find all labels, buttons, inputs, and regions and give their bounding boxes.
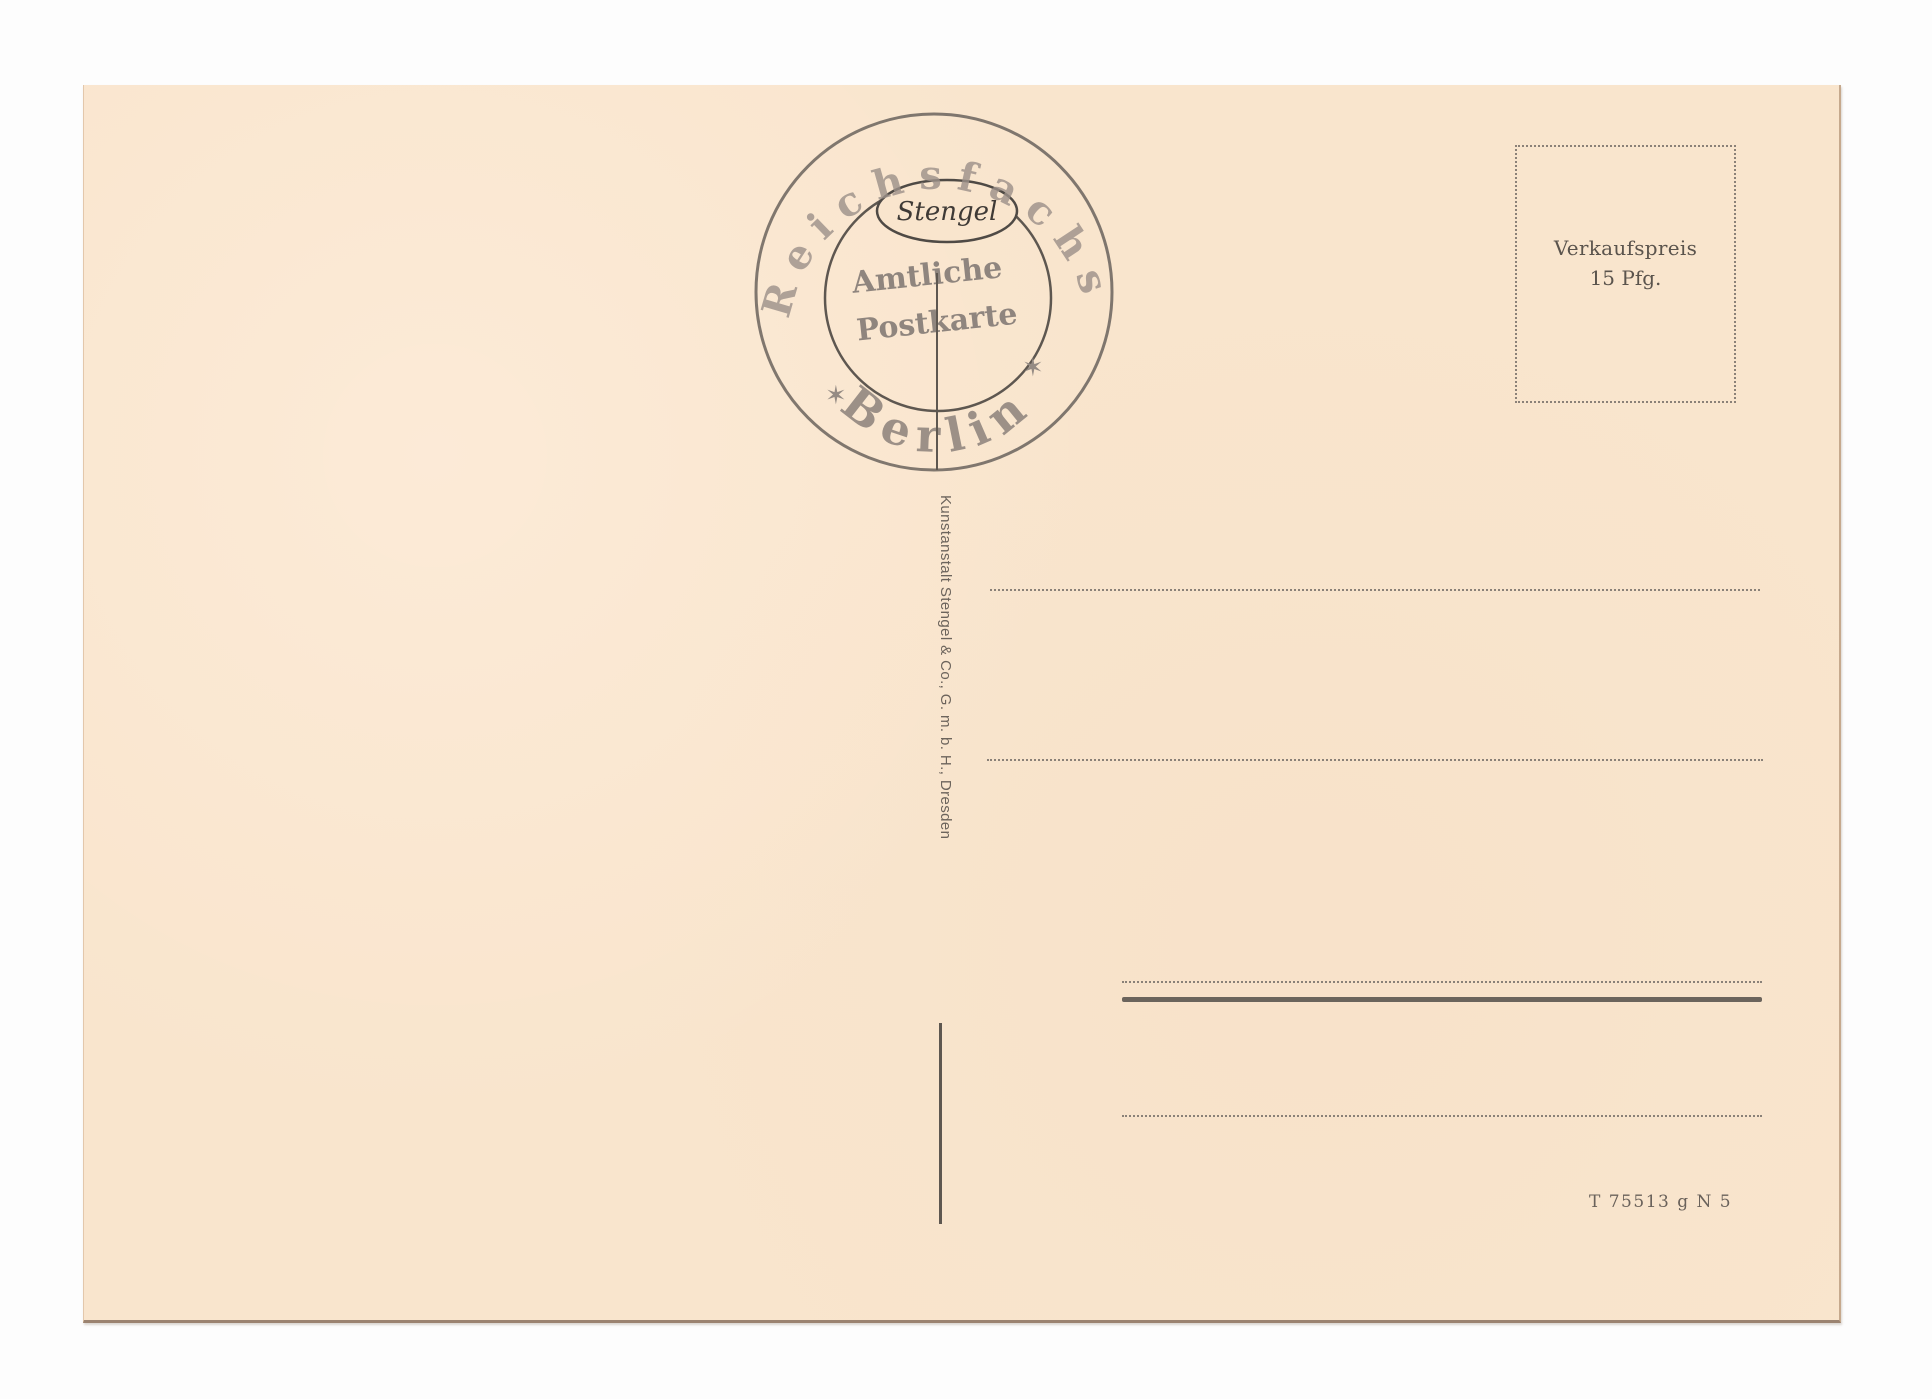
catalog-code: T 75513 g N 5: [1589, 1192, 1732, 1212]
address-line-4[interactable]: [1122, 1115, 1762, 1117]
svg-text:Stengel: Stengel: [897, 197, 998, 227]
publisher-imprint: Kunstanstalt Stengel & Co., G. m. b. H.,…: [937, 495, 954, 839]
svg-text:✶: ✶: [825, 381, 847, 411]
address-line-2[interactable]: [987, 759, 1763, 761]
divider-line-bottom: [939, 1023, 942, 1224]
address-underline-city: [1122, 997, 1762, 1002]
address-line-1[interactable]: [990, 589, 1760, 591]
svg-text:✶: ✶: [1022, 353, 1044, 383]
price-value: 15 Pfg.: [1517, 266, 1734, 290]
official-stamp: Reichsfachstelle Berlin ✶ ✶ Stengel Amtl…: [740, 100, 1130, 490]
stamp-placement-box: Verkaufspreis 15 Pfg.: [1515, 145, 1736, 403]
address-line-3[interactable]: [1122, 981, 1762, 983]
svg-text:Amtliche: Amtliche: [849, 250, 1004, 301]
price-label: Verkaufspreis: [1517, 236, 1734, 260]
divider-line-top: [936, 273, 938, 470]
